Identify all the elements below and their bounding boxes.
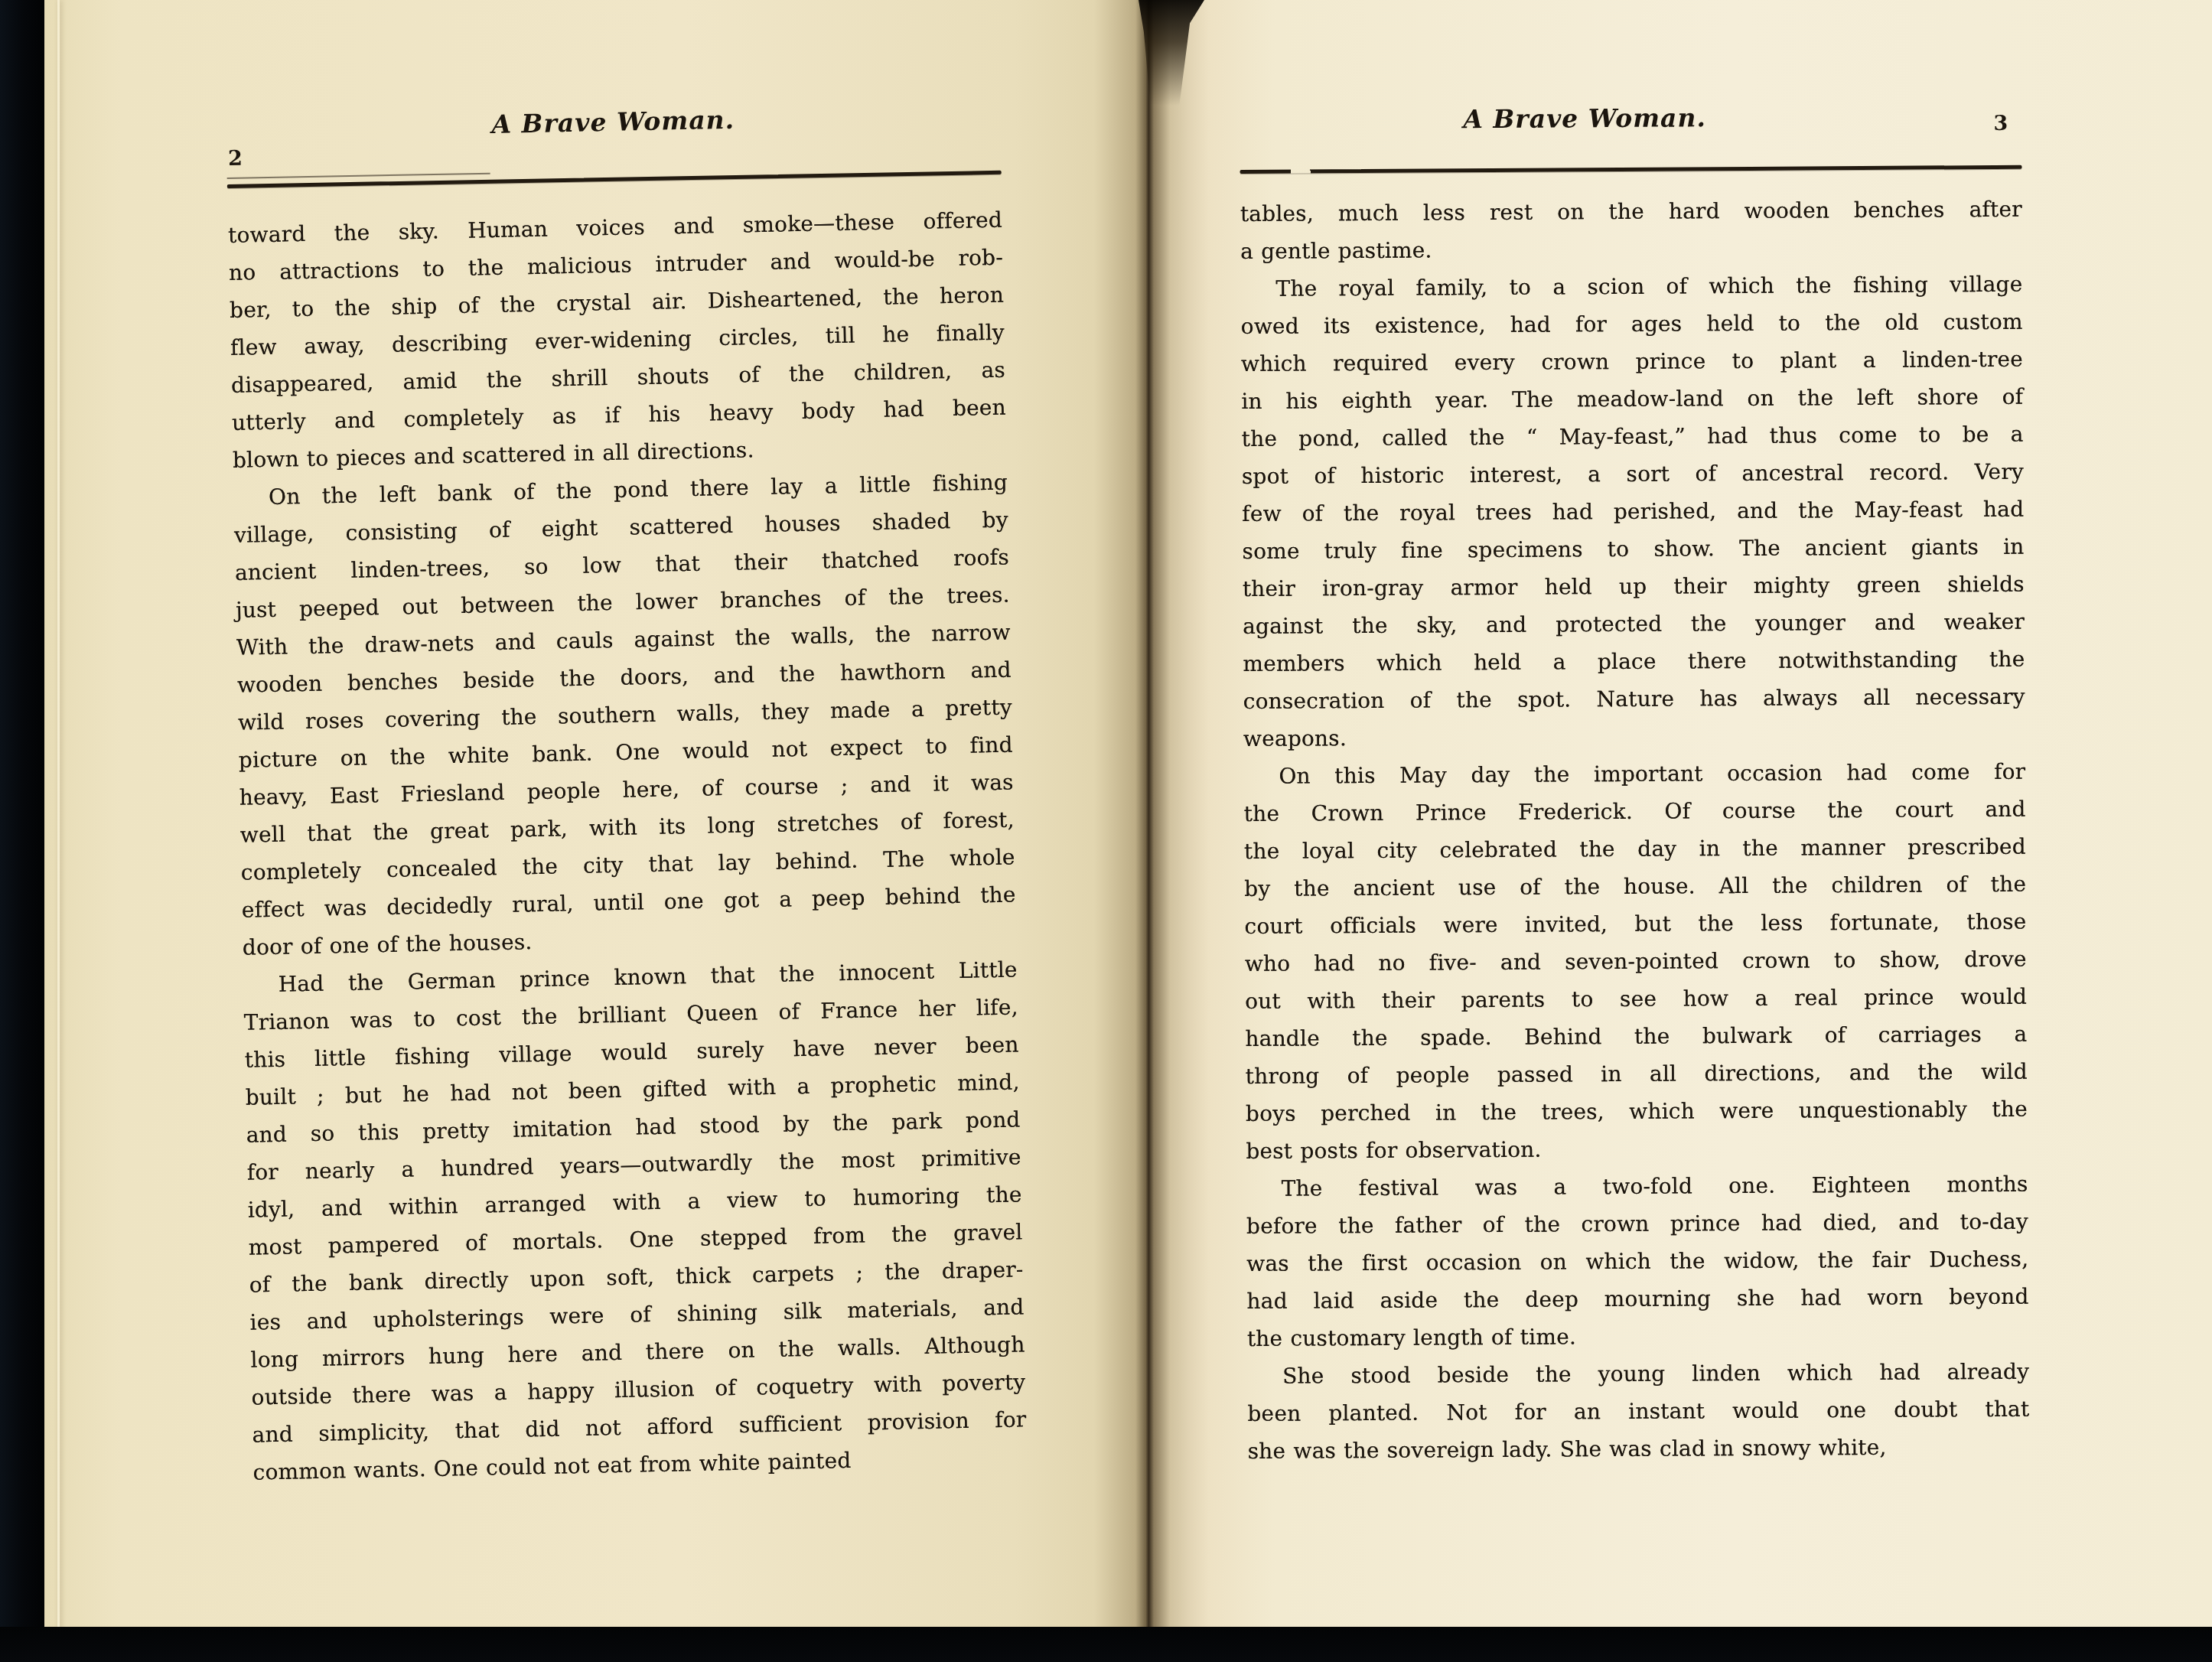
text-line: members which held a place there notwith…: [1243, 640, 2025, 683]
paragraph: toward the sky. Human voices and smoke—t…: [228, 201, 1008, 479]
paragraph: The festival was a two-fold one. Eightee…: [1246, 1165, 2028, 1357]
text-line: was the first occasion on which the wido…: [1246, 1240, 2028, 1282]
text-line: the loyal city celebrated the day in the…: [1244, 828, 2026, 870]
text-line: consecration of the spot. Nature has alw…: [1243, 678, 2025, 720]
text-line: The festival was a two-fold one. Eightee…: [1246, 1165, 2028, 1207]
right-running-header: A Brave Woman.: [1194, 101, 1976, 135]
left-page-content: 2 A Brave Woman. toward the sky. Human v…: [226, 99, 1028, 1491]
text-line: out with their parents to see how a real…: [1245, 978, 2027, 1020]
text-line: the Crown Prince Frederick. Of course th…: [1244, 790, 2026, 833]
left-page-body: toward the sky. Human voices and smoke—t…: [228, 201, 1028, 1491]
text-line: the customary length of time.: [1247, 1315, 2029, 1357]
text-line: few of the royal trees had perished, and…: [1242, 490, 2024, 533]
text-line: She stood beside the young linden which …: [1247, 1353, 2029, 1395]
text-line: best posts for observation.: [1246, 1128, 2028, 1170]
text-line: she was the sovereign lady. She was clad…: [1248, 1428, 2030, 1470]
paragraph: Had the German prince known that the inn…: [243, 950, 1028, 1491]
text-line: boys perched in the trees, which were un…: [1246, 1090, 2028, 1132]
text-line: spot of historic interest, a sort of anc…: [1242, 453, 2024, 495]
text-line: tables, much less rest on the hard woode…: [1240, 191, 2022, 233]
text-line: which required every crown prince to pla…: [1241, 341, 2023, 383]
book-cover-bottom-edge: [0, 1627, 2212, 1662]
text-line: The royal family, to a scion of which th…: [1240, 266, 2022, 308]
paragraph: On the left bank of the pond there lay a…: [233, 464, 1018, 966]
text-line: before the father of the crown prince ha…: [1246, 1203, 2028, 1245]
left-page-number: 2: [228, 147, 243, 171]
text-line: their iron-gray armor held up their migh…: [1243, 565, 2025, 608]
text-line: some truly fine specimens to show. The a…: [1242, 528, 2024, 570]
text-line: who had no five- and seven-pointed crown…: [1245, 940, 2027, 983]
text-line: had laid aside the deep mourning she had…: [1246, 1278, 2028, 1320]
right-page-header-row: A Brave Woman. 3: [1240, 101, 2021, 153]
text-line: a gentle pastime.: [1240, 228, 2022, 270]
right-page-content: A Brave Woman. 3 tables, much less rest …: [1240, 101, 2030, 1470]
text-line: On this May day the important occasion h…: [1243, 753, 2025, 795]
text-line: the pond, called the “ May-feast,” had t…: [1242, 415, 2024, 458]
left-running-header: A Brave Woman.: [226, 99, 1001, 145]
text-line: been planted. Not for an instant would o…: [1247, 1390, 2029, 1432]
paragraph: On this May day the important occasion h…: [1243, 753, 2028, 1170]
paragraph: She stood beside the young linden which …: [1247, 1353, 2030, 1470]
text-line: against the sky, and protected the young…: [1243, 603, 2025, 645]
right-page: A Brave Woman. 3 tables, much less rest …: [1146, 0, 2212, 1630]
left-page-header-row: 2 A Brave Woman.: [226, 99, 1001, 162]
text-line: in his eighth year. The meadow-land on t…: [1241, 378, 2023, 420]
text-line: court officials were invited, but the le…: [1244, 903, 2026, 945]
book-scan: 2 A Brave Woman. toward the sky. Human v…: [0, 0, 2212, 1662]
paragraph: The royal family, to a scion of which th…: [1240, 266, 2025, 758]
left-page: 2 A Brave Woman. toward the sky. Human v…: [44, 0, 1146, 1630]
text-line: handle the spade. Behind the bulwark of …: [1245, 1015, 2027, 1057]
text-line: throng of people passed in all direction…: [1246, 1053, 2028, 1095]
text-line: weapons.: [1243, 715, 2025, 758]
right-page-body: tables, much less rest on the hard woode…: [1240, 191, 2030, 1470]
paragraph: tables, much less rest on the hard woode…: [1240, 191, 2023, 270]
text-line: owed its existence, had for ages held to…: [1241, 303, 2023, 345]
book-cover-left-edge: [0, 0, 44, 1662]
left-header-rule: [227, 171, 1002, 188]
right-header-rule: [1240, 165, 2022, 174]
text-line: by the ancient use of the house. All the…: [1244, 865, 2026, 908]
right-page-number: 3: [1993, 112, 2008, 135]
